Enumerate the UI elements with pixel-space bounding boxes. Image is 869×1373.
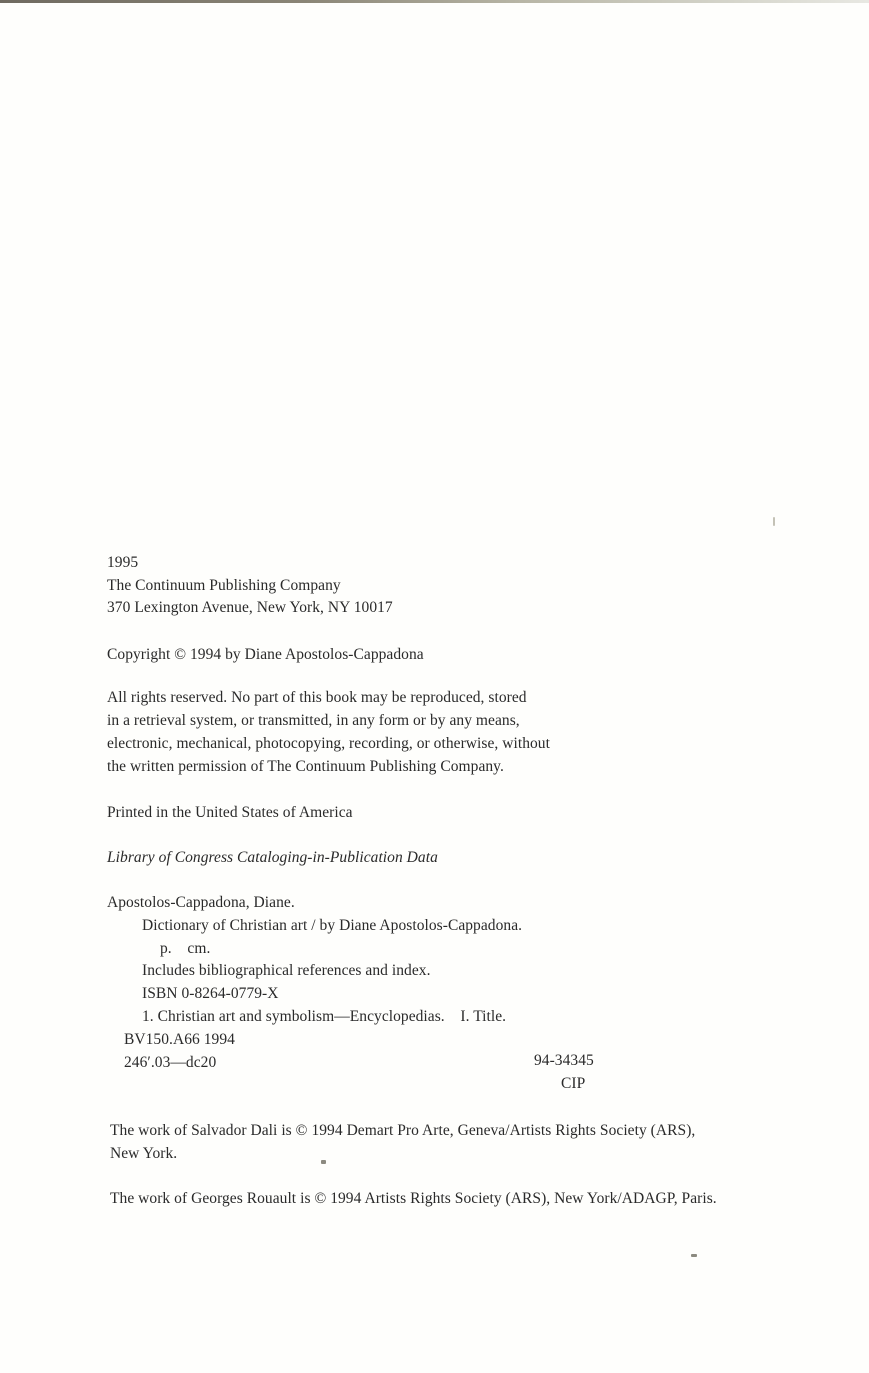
paper-speck xyxy=(321,1160,326,1164)
publication-year: 1995 xyxy=(107,552,138,574)
printed-in: Printed in the United States of America xyxy=(107,802,353,824)
cip-lccn: 94-34345 xyxy=(534,1050,594,1072)
cip-notes: Includes bibliographical references and … xyxy=(142,960,431,982)
rights-line: electronic, mechanical, photocopying, re… xyxy=(107,733,550,755)
rights-line: the written permission of The Continuum … xyxy=(107,756,504,778)
cip-isbn: ISBN 0-8264-0779-X xyxy=(142,983,279,1005)
cip-title: Dictionary of Christian art / by Diane A… xyxy=(142,915,522,937)
cip-lc-class: BV150.A66 1994 xyxy=(124,1029,235,1051)
rights-line: in a retrieval system, or transmitted, i… xyxy=(107,710,520,732)
rouault-credit-line: The work of Georges Rouault is © 1994 Ar… xyxy=(110,1188,717,1210)
cip-label: CIP xyxy=(561,1073,585,1095)
publisher-address: 370 Lexington Avenue, New York, NY 10017 xyxy=(107,597,393,619)
cip-subjects: 1. Christian art and symbolism—Encyclope… xyxy=(142,1006,506,1028)
rights-line: All rights reserved. No part of this boo… xyxy=(107,687,527,709)
cip-author: Apostolos-Cappadona, Diane. xyxy=(107,892,295,914)
paper-speck xyxy=(691,1254,697,1257)
publisher-name: The Continuum Publishing Company xyxy=(107,575,341,597)
cip-heading: Library of Congress Cataloging-in-Public… xyxy=(107,847,438,869)
cip-pagination: p. cm. xyxy=(160,938,210,960)
dali-credit-line: New York. xyxy=(110,1143,177,1165)
copyright-notice: Copyright © 1994 by Diane Apostolos-Capp… xyxy=(107,644,424,666)
dali-credit-line: The work of Salvador Dali is © 1994 Dema… xyxy=(110,1120,695,1142)
paper-speck xyxy=(773,517,775,526)
cip-dewey: 246′.03—dc20 xyxy=(124,1052,216,1074)
copyright-page: 1995 The Continuum Publishing Company 37… xyxy=(0,0,869,1373)
